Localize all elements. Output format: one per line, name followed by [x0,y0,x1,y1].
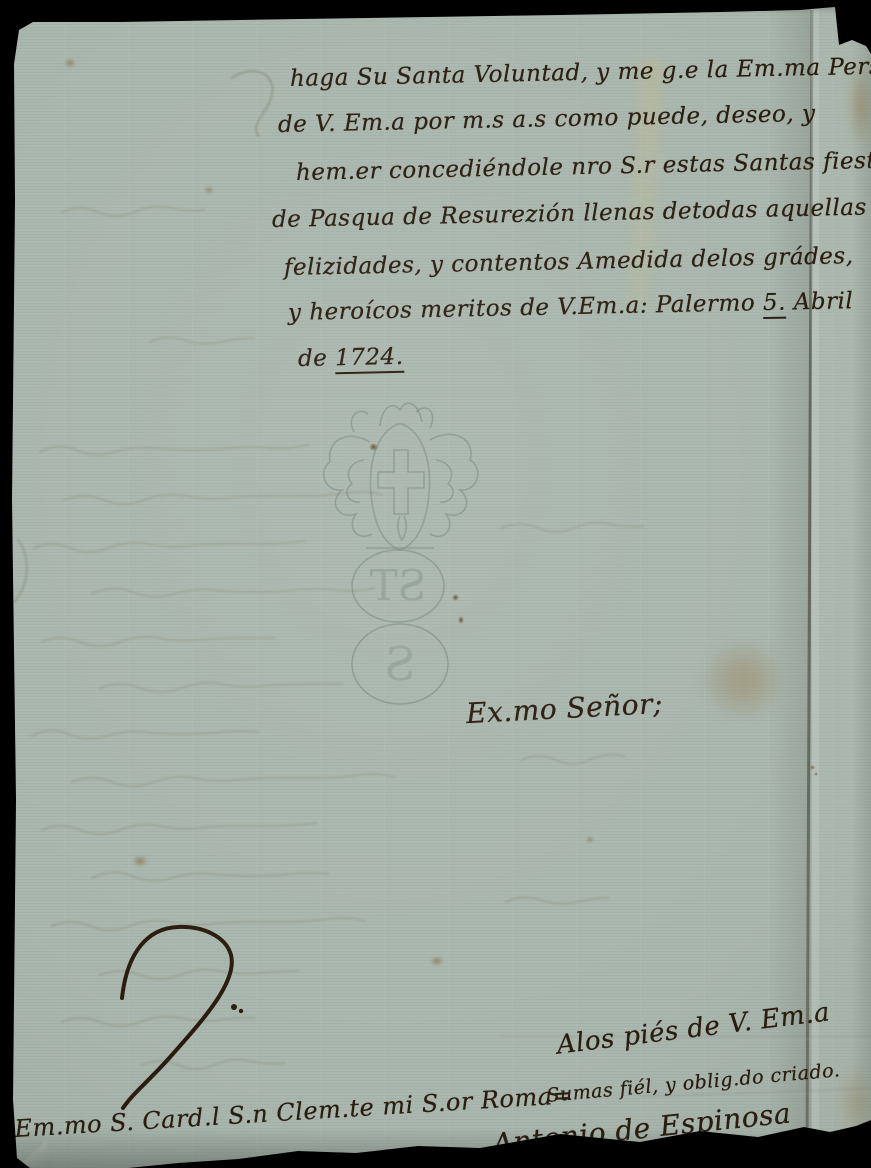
ink-speck [814,772,818,776]
address-line: Em.mo S. Card.l S.n Clem.te mi S.or Roma… [14,1081,574,1143]
ink-speck [458,616,464,624]
ink-speck [810,765,815,770]
salutation: Ex.mo Señor; [465,687,663,730]
corner-fold [18,1140,52,1166]
closing-line-1: Alos piés de V. Em.a [555,997,831,1060]
body-line-2: de V. Em.a por m.s a.s como puede, deseo… [278,101,816,138]
manuscript-sheet: ST S [0,0,871,1168]
date-year: 1724. [335,344,404,374]
page-background: ST S [0,0,871,1168]
watermark-letters-upper: ST [370,561,427,610]
body-line-4: de Pasqua de Resurezión llenas detodas a… [272,195,867,233]
ink-speck [452,594,459,601]
foxing-spot [64,58,76,68]
foxing-spot [430,956,444,966]
stain-right-edge-lower [838,1062,871,1142]
body-line-6-post: Abril [786,288,854,315]
body-line-6-pre: y heroícos meritos de V.Em.a: Palermo [288,290,764,326]
right-fold-panel [811,8,871,1132]
body-line-1: haga Su Santa Voluntad, y me g.e la Em.m… [290,53,871,92]
ink-speck [369,443,378,451]
body-line-5: felizidades, y contentos Amedida delos g… [284,243,854,281]
stain-large-foxing [700,638,786,722]
body-line-6: y heroícos meritos de V.Em.a: Palermo 5.… [288,288,854,326]
watermark-shield-icon [324,403,478,704]
date-prefix: de [298,345,336,372]
foxing-spot [204,186,214,194]
body-line-7: de 1724. [298,344,404,372]
card-flourish [122,927,243,1108]
crease-shadow [768,10,812,1132]
closing-line-2: Sumas fiél, y oblig.do criado. [546,1059,841,1107]
fold-crease [806,10,814,1132]
watermark-monogram: ST S [370,561,427,691]
body-line-3: hem.er concediéndole nro S.r estas Santa… [296,147,871,186]
foxing-spot [586,836,594,843]
watermark-letter-lower: S [384,637,416,691]
date-day: 5. [763,290,787,319]
foxing-spot [132,855,148,867]
